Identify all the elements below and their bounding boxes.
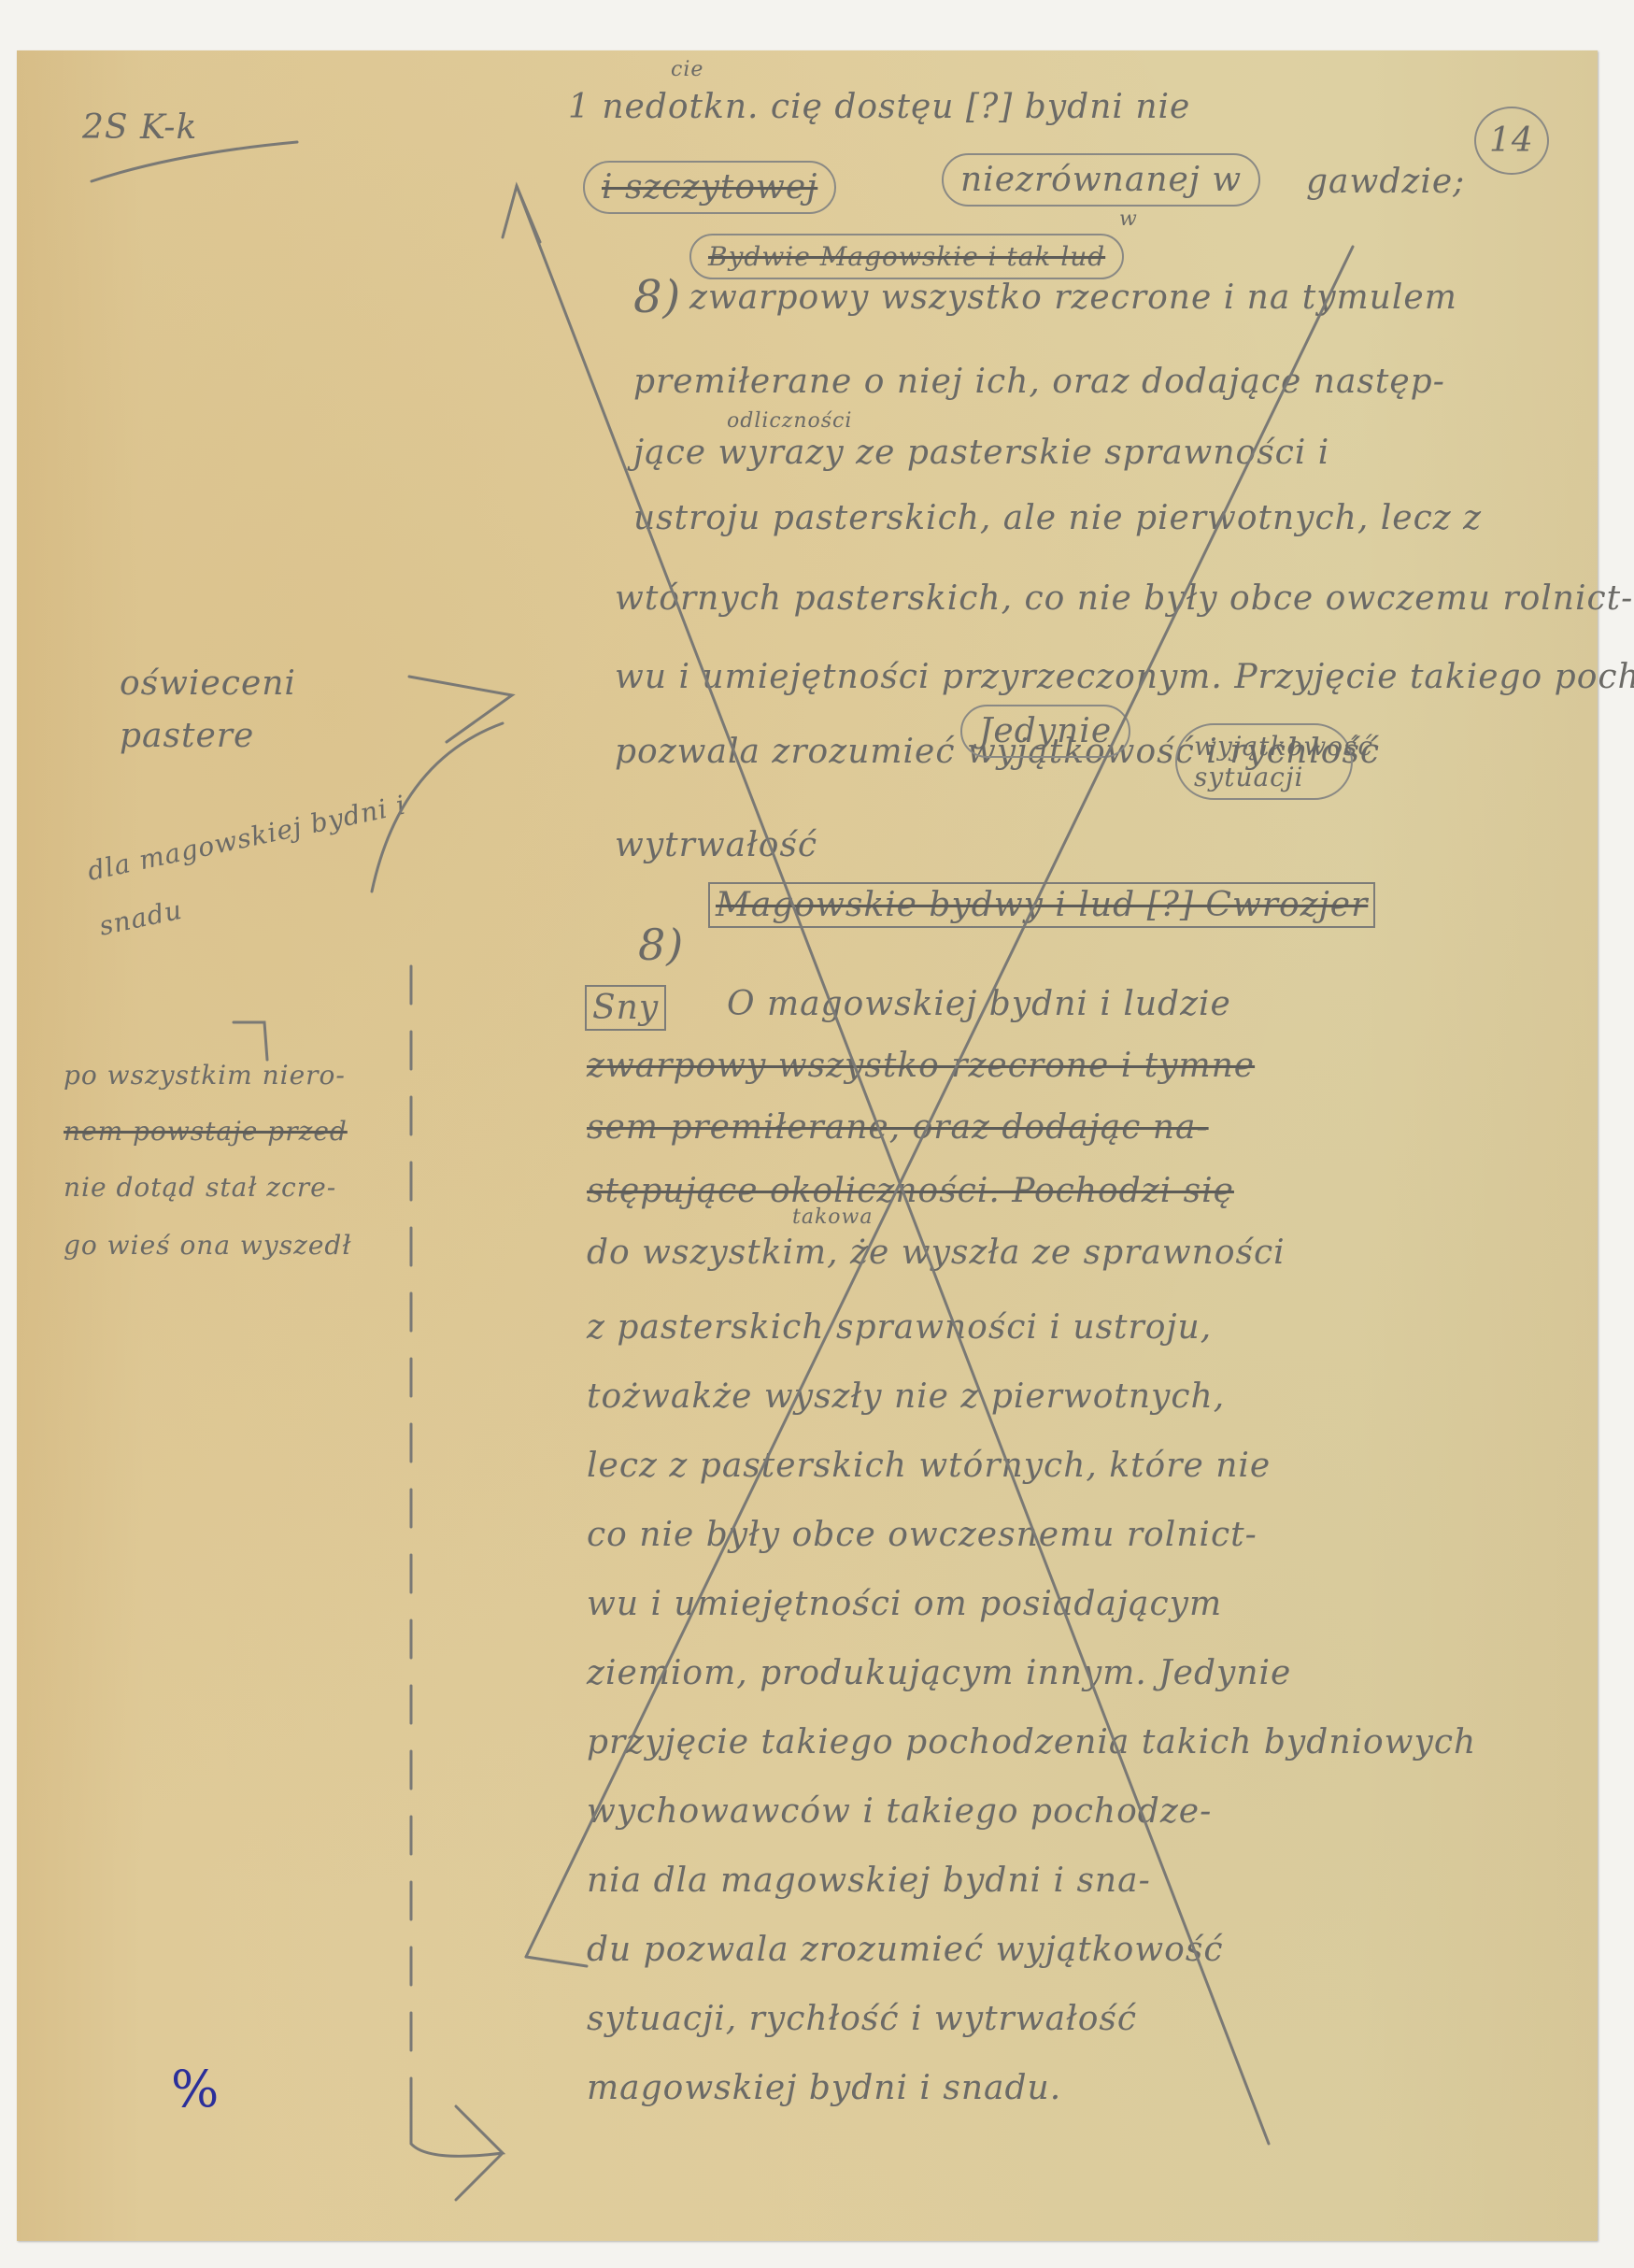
bottom-arrow	[411, 2106, 503, 2200]
margin-arrow	[409, 677, 512, 742]
manuscript-page: 2S K-k 14 cie 1 nedotkn. cię dostęu [?] …	[17, 50, 1598, 2241]
cross-line-2	[526, 247, 1353, 1957]
label-underline	[92, 142, 297, 181]
pencil-strokes	[17, 50, 1598, 2241]
triangle-base	[526, 1957, 587, 1966]
cross-line-1	[517, 186, 1269, 2144]
margin-curve	[372, 723, 503, 892]
bracket-mark	[234, 1022, 267, 1060]
